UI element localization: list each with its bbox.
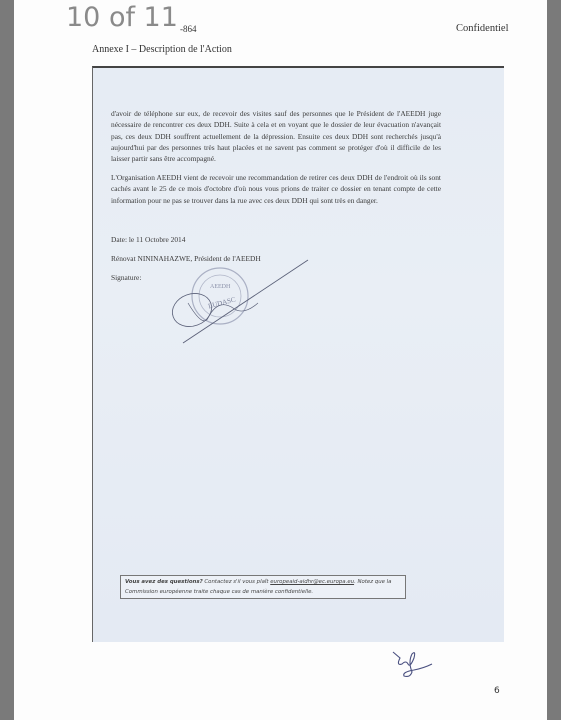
document-reference: -864 <box>180 24 197 34</box>
document-page: 10 of 11 -864 Confidentiel Annexe I – De… <box>14 0 547 720</box>
viewer-right-margin <box>547 0 561 720</box>
letter-paragraph-2: L'Organisation AEEDH vient de recevoir u… <box>111 172 441 206</box>
letter-date: Date: le 11 Octobre 2014 <box>111 235 185 244</box>
contact-notice: Vous avez des questions? Contactez s'il … <box>120 575 406 599</box>
page-counter: 10 of 11 <box>66 2 178 33</box>
stamp-text: AEEDH <box>210 284 231 290</box>
initials-signature-icon <box>390 646 436 682</box>
annex-title: Annexe I – Description de l'Action <box>92 44 232 55</box>
confidential-label: Confidentiel <box>456 23 509 34</box>
stamp-signature-icon: AEEDH LUDASC <box>148 248 328 348</box>
letter-paragraph-1: d'avoir de téléphone sur eux, de recevoi… <box>111 108 441 164</box>
viewer-left-margin <box>0 0 14 720</box>
page-number: 6 <box>494 686 500 696</box>
contact-email-link[interactable]: europeaid-aidhr@ec.europa.eu <box>270 579 354 585</box>
signature-label: Signature: <box>111 273 141 282</box>
scanned-letter: d'avoir de téléphone sur eux, de recevoi… <box>92 66 504 642</box>
